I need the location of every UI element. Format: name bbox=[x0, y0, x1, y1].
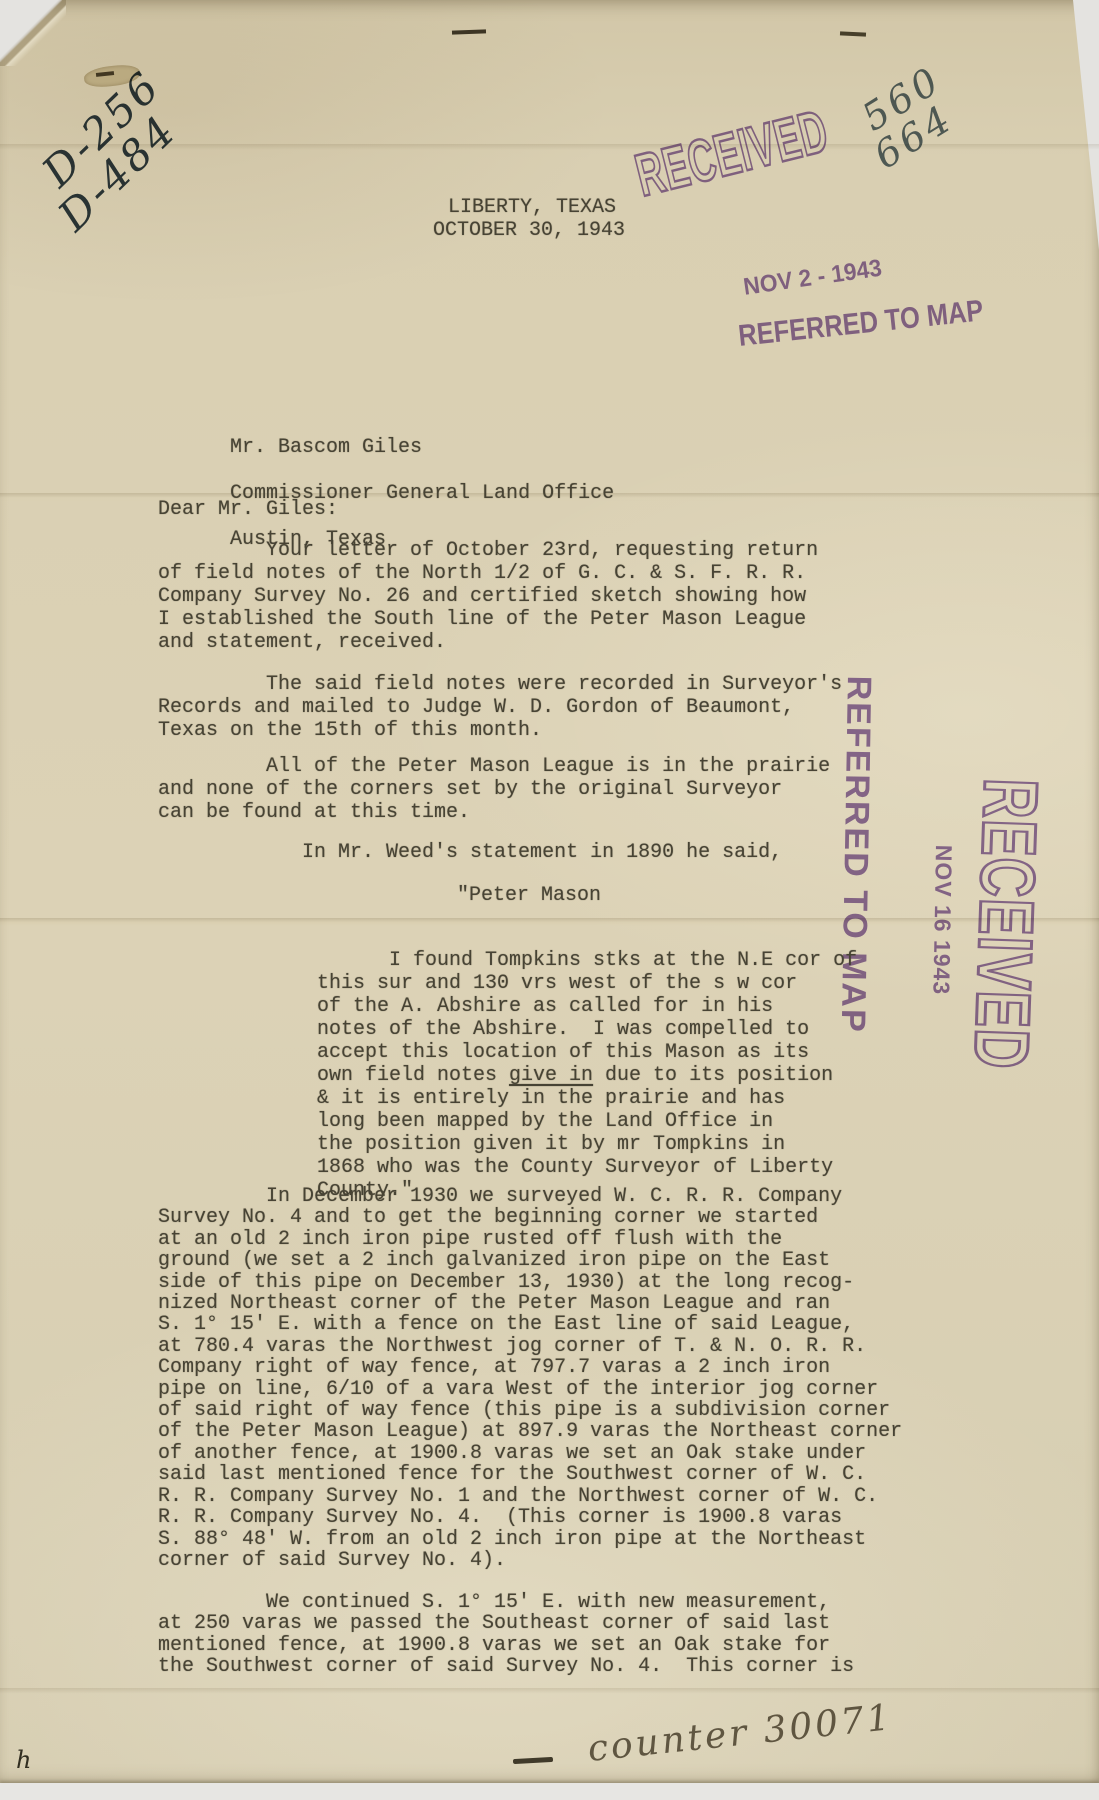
salutation: Dear Mr. Giles: bbox=[158, 498, 338, 521]
received-stamp-vertical: RECEIVED bbox=[962, 777, 1048, 1071]
fold-crease bbox=[0, 1688, 1099, 1696]
paragraph-5: We continued S. 1° 15' E. with new measu… bbox=[158, 1592, 854, 1678]
paper-sheet: D-256 D-484 560 664 counter 30071 h RECE… bbox=[0, 0, 1099, 1783]
received-stamp: RECEIVED bbox=[630, 101, 834, 206]
received-stamp-date: NOV 2 - 1943 bbox=[742, 257, 883, 300]
scanned-letter-page: D-256 D-484 560 664 counter 30071 h RECE… bbox=[0, 0, 1099, 1800]
letter-place-line: LIBERTY, TEXAS bbox=[448, 196, 616, 219]
paragraph-4: In December 1930 we surveyed W. C. R. R.… bbox=[158, 1186, 902, 1571]
recipient-name: Mr. Bascom Giles bbox=[230, 436, 422, 459]
staple-mark bbox=[840, 31, 866, 36]
received-stamp-side-date: NOV 16 1943 bbox=[929, 845, 955, 996]
dog-ear-fold-line bbox=[0, 0, 66, 66]
staple-mark bbox=[452, 29, 486, 34]
counter-number-annotation: counter 30071 bbox=[586, 1700, 894, 1768]
pencil-dash-mark bbox=[513, 1757, 553, 1764]
corner-letter-mark: h bbox=[16, 1748, 31, 1772]
paragraph-3: All of the Peter Mason League is in the … bbox=[158, 755, 830, 824]
quote-underlined-words: give in bbox=[509, 1064, 593, 1087]
paper-edge-top-right bbox=[1073, 0, 1099, 250]
quote-heading: "Peter Mason bbox=[457, 884, 601, 907]
referred-to-map-stamp: REFERRED TO MAP bbox=[737, 296, 985, 352]
weed-quote-block: I found Tompkins stks at the N.E cor of … bbox=[317, 926, 857, 1225]
paragraph-2: The said field notes were recorded in Su… bbox=[158, 673, 842, 742]
scanner-background bbox=[0, 1783, 1099, 1800]
letter-date-line: OCTOBER 30, 1943 bbox=[433, 219, 625, 242]
weed-statement-intro: In Mr. Weed's statement in 1890 he said, bbox=[158, 841, 782, 864]
paragraph-1: Your letter of October 23rd, requesting … bbox=[158, 539, 818, 654]
